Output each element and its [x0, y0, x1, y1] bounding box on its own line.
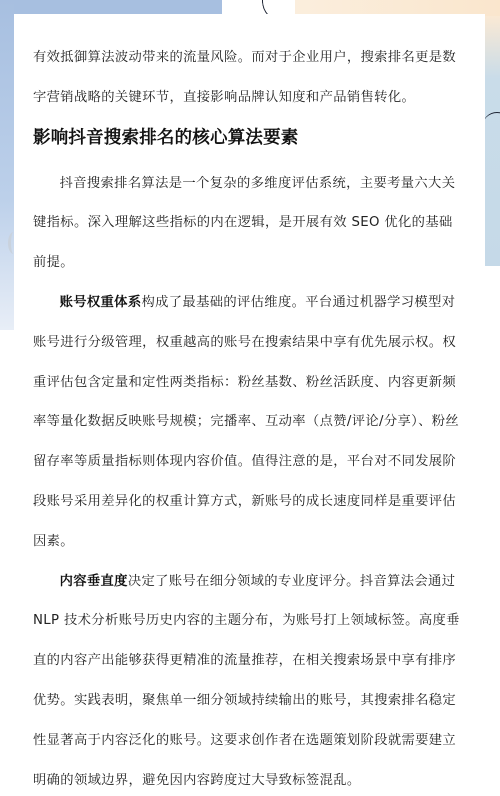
intro-paragraph: 有效抵御算法波动带来的流量风险。而对于企业用户，搜索排名更是数字营销战略的关键环… [33, 38, 463, 118]
factor-text: 构成了最基础的评估维度。平台通过机器学习模型对账号进行分级管理，权重越高的账号在… [33, 295, 459, 549]
factor-term: 账号权重体系 [60, 295, 142, 310]
section-heading: 影响抖音搜索排名的核心算法要素 [33, 118, 463, 164]
background-left-strip [0, 0, 14, 330]
article-body: 有效抵御算法波动带来的流量风险。而对于企业用户，搜索排名更是数字营销战略的关键环… [33, 38, 463, 796]
factor-paragraph-content-verticality: 内容垂直度决定了账号在细分领域的专业度评分。抖音算法会通过 NLP 技术分析账号… [33, 562, 463, 796]
factor-paragraph-account-weight: 账号权重体系构成了最基础的评估维度。平台通过机器学习模型对账号进行分级管理，权重… [33, 283, 463, 562]
section-intro-paragraph: 抖音搜索排名算法是一个复杂的多维度评估系统，主要考量六大关键指标。深入理解这些指… [33, 164, 463, 283]
factor-term: 内容垂直度 [60, 574, 128, 589]
factor-text: 决定了账号在细分领域的专业度评分。抖音算法会通过 NLP 技术分析账号历史内容的… [33, 574, 460, 788]
